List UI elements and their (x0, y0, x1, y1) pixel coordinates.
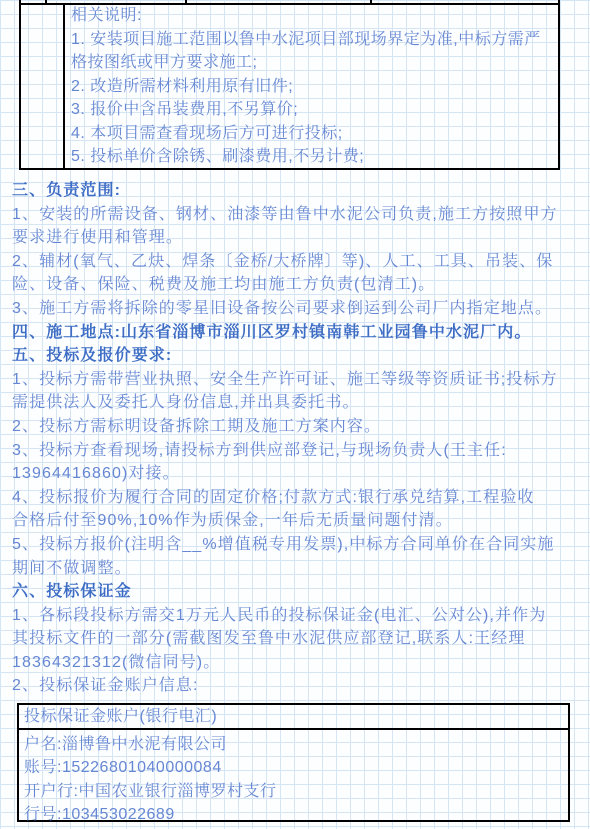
section-paragraph: 1、各标段投标方需交1万元人民币的投标保证金(电汇、公对公),并作为 其投标文件… (12, 604, 590, 675)
section-paragraph: 2、投标保证金账户信息: (12, 674, 590, 698)
document-sections: 三、负责范围: 1、安装的所需设备、钢材、油漆等由鲁中水泥公司负责,施工方按照甲… (12, 179, 590, 698)
spec-table-upper-column-tick (45, 0, 47, 3)
deposit-table-row: 户名:淄博鲁中水泥有限公司 (24, 733, 568, 756)
tender-document-page: 相关说明: 1. 安装项目施工范围以鲁中水泥项目部现场界定为准,中标方需严 格按… (0, 0, 590, 829)
spec-notes-cell: 相关说明: 1. 安装项目施工范围以鲁中水泥项目部现场界定为准,中标方需严 格按… (71, 4, 556, 166)
section-paragraph: 四、施工地点:山东省淄博市淄川区罗村镇南韩工业园鲁中水泥厂内。 (12, 321, 590, 345)
deposit-table-row: 开户行:中国农业银行淄博罗村支行 (24, 780, 568, 803)
deposit-table-body: 户名:淄博鲁中水泥有限公司 账号:15226801040000084 开户行:中… (19, 730, 568, 827)
spec-table-upper-column-tick (185, 0, 187, 3)
section-paragraph: 1、安装的所需设备、钢材、油漆等由鲁中水泥公司负责,施工方按照甲方 要求进行使用… (12, 203, 590, 250)
section-paragraph: 2、辅材(氧气、乙炔、焊条〔金桥/大桥牌〕等)、人工、工具、吊装、保 险、设备、… (12, 250, 590, 297)
section-paragraph: 3、施工方需将拆除的零星旧设备按公司要求倒运到公司厂内指定地点。 (12, 297, 590, 321)
section-paragraph: 1、投标方需带营业执照、安全生产许可证、施工等级等资质证书;投标方 需提供法人及… (12, 368, 590, 415)
deposit-table-row: 账号:15226801040000084 (24, 756, 568, 779)
section-paragraph: 4、投标报价为履行合同的固定价格;付款方式:银行承兑结算,工程验收 合格后付至9… (12, 486, 590, 533)
section-paragraph: 5、投标方报价(注明含__%增值税专用发票),中标方合同单价在合同实施 期间不做… (12, 533, 590, 580)
section-paragraph: 六、投标保证金 (12, 580, 590, 604)
deposit-table-header: 投标保证金账户(银行电汇) (19, 705, 568, 730)
section-paragraph: 三、负责范围: (12, 179, 590, 203)
deposit-table-row: 行号:103453022689 (24, 803, 568, 826)
deposit-account-table: 投标保证金账户(银行电汇) 户名:淄博鲁中水泥有限公司 账号:152268010… (17, 703, 570, 822)
section-paragraph: 3、投标方查看现场,请投标方到供应部登记,与现场负责人(王主任: 1396441… (12, 439, 590, 486)
spec-table-upper-column-tick (370, 0, 372, 3)
spec-table-column-divider (63, 3, 65, 168)
section-paragraph: 2、投标方需标明设备拆除工期及施工方案内容。 (12, 415, 590, 439)
spec-notes-table: 相关说明: 1. 安装项目施工范围以鲁中水泥项目部现场界定为准,中标方需严 格按… (19, 0, 560, 170)
section-paragraph: 五、投标及报价要求: (12, 344, 590, 368)
